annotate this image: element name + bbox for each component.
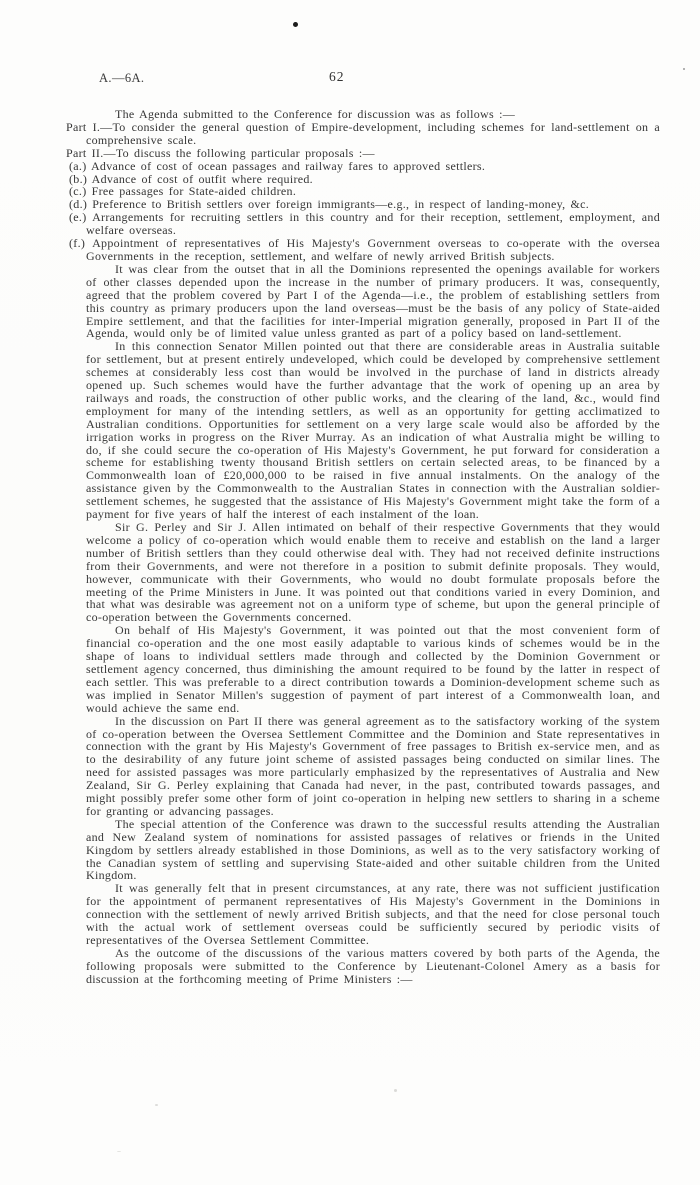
agenda-part-i: Part I.—To consider the general question… xyxy=(86,121,660,147)
body-paragraph: The special attention of the Conference … xyxy=(86,818,660,883)
agenda-part-ii: Part II.—To discuss the following partic… xyxy=(86,147,660,160)
agenda-item-e: (e.) Arrangements for recruiting settler… xyxy=(86,211,660,237)
scan-speck xyxy=(155,1104,158,1106)
body-paragraph: As the outcome of the discussions of the… xyxy=(86,947,660,986)
body-paragraph: It was generally felt that in present ci… xyxy=(86,882,660,947)
scan-speck xyxy=(394,1089,397,1092)
document-page: A.—6A. 62 The Agenda submitted to the Co… xyxy=(0,0,700,1185)
scan-speck xyxy=(117,1151,121,1152)
scan-speck xyxy=(683,68,685,70)
body-paragraph: Sir G. Perley and Sir J. Allen intimated… xyxy=(86,521,660,624)
body-paragraph: In the discussion on Part II there was g… xyxy=(86,715,660,818)
body-paragraph: On behalf of His Majesty's Government, i… xyxy=(86,624,660,714)
agenda-intro: The Agenda submitted to the Conference f… xyxy=(86,108,660,121)
body-paragraph: In this connection Senator Millen pointe… xyxy=(86,340,660,521)
agenda-item-a: (a.) Advance of cost of ocean passages a… xyxy=(86,160,660,173)
page-number: 62 xyxy=(329,69,345,85)
agenda-item-f: (f.) Appointment of representatives of H… xyxy=(86,237,660,263)
body-paragraph: It was clear from the outset that in all… xyxy=(86,263,660,340)
scan-speck xyxy=(293,22,298,27)
document-body: The Agenda submitted to the Conference f… xyxy=(86,108,660,986)
document-reference: A.—6A. xyxy=(99,71,144,86)
